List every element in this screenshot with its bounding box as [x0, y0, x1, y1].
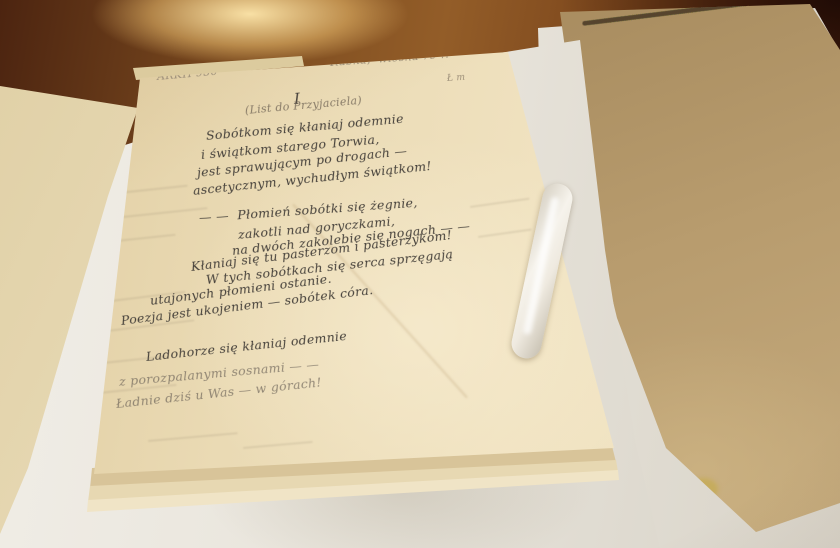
photograph-of-manuscripts: ARKH 930 Rabka, wiosna 79 r. Ł m I (List… — [0, 0, 840, 548]
show-through-mark — [148, 432, 238, 442]
show-through-mark — [116, 234, 176, 242]
poem-subtitle: (List do Przyjaciela) — [244, 94, 362, 117]
show-through-mark — [478, 228, 532, 237]
show-through-mark — [470, 198, 530, 208]
show-through-mark — [123, 207, 208, 218]
dateline-note: Ł m — [447, 73, 466, 84]
show-through-mark — [243, 441, 313, 449]
show-through-mark — [118, 185, 188, 194]
